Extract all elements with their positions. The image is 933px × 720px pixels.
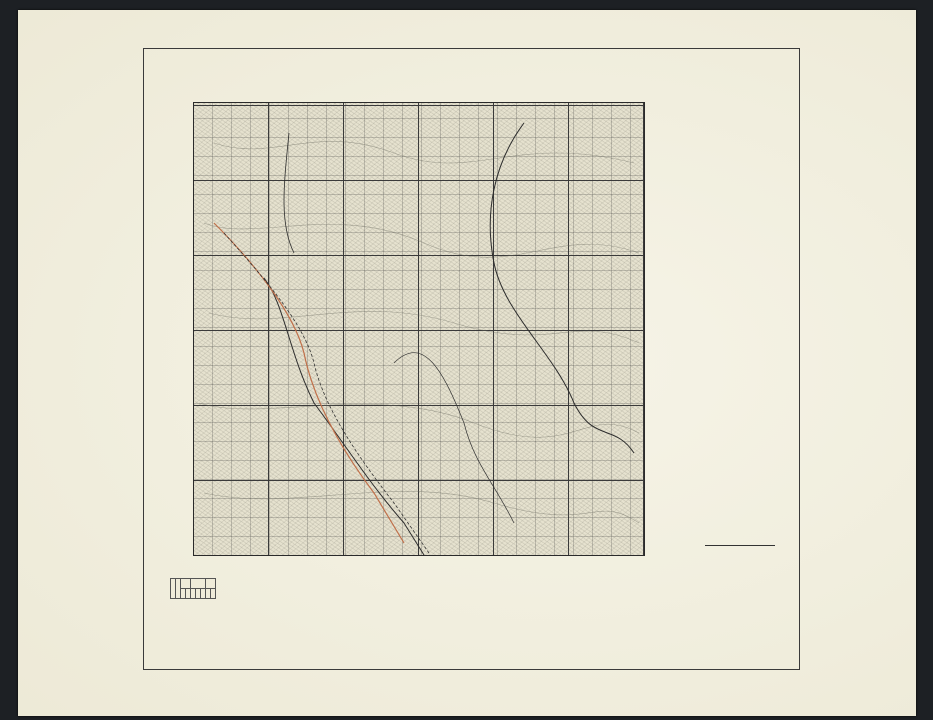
scale-bar xyxy=(705,545,775,546)
surveys-table xyxy=(170,578,216,599)
page-title xyxy=(190,52,206,69)
township-plat-map xyxy=(193,102,645,556)
terrain-drawing xyxy=(194,103,644,555)
